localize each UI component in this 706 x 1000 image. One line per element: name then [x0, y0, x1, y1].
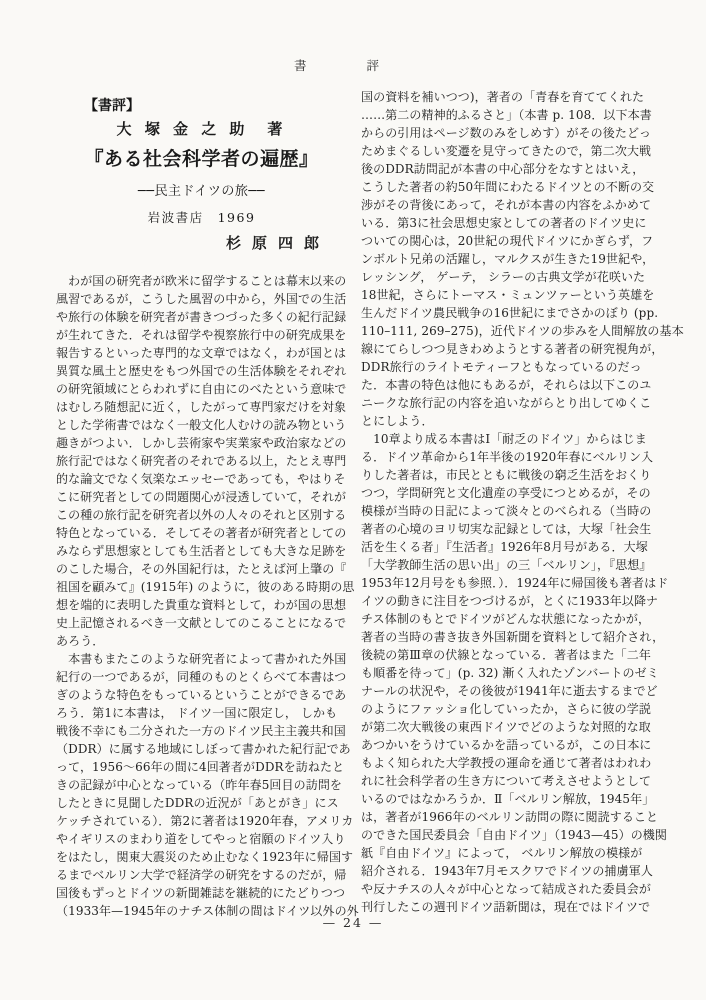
text-line: 10章より成る本書はⅠ「耐乏のドイツ」からはじま	[361, 430, 653, 448]
text-line: ニークな旅行記の内容を追いながらとり出してゆくこ	[361, 394, 653, 412]
text-line: をはたし，関東大震災のため止むなく1923年に帰国す	[56, 848, 348, 866]
reviewer-name: 杉原四郎	[226, 232, 330, 253]
text-line: したときに見聞したDDRの近況が「あとがき」にス	[56, 794, 348, 812]
text-line: ろう．第1に本書は， ドイツ一国に限定し， しかも	[56, 704, 348, 722]
text-line: 旅行記ではなく研究者のそれである以上，たとえ専門	[56, 452, 348, 470]
publisher-line: 岩波書店 1969	[57, 208, 346, 226]
text-line: 国後もずっとドイツの新聞雑誌を継続的にたどりつつ	[56, 884, 348, 902]
text-line: あつかいをうけているかを語っているが，この日本に	[361, 736, 653, 754]
text-line: 史上記憶されるべき一文献としてのこることになるで	[56, 614, 348, 632]
text-line: DDR旅行のライトモティーフともなっているのだっ	[361, 358, 653, 376]
text-line: いるのではなかろうか．Ⅱ「ベルリン解放，1945年」	[361, 790, 653, 808]
text-line: こうした著者の約50年間にわたるドイツとの不断の交	[361, 178, 653, 196]
text-line: や反ナチスの人々が中心となって結成された委員会が	[361, 880, 653, 898]
text-line: 祖国を顧みて』(1915年) のように，彼のある時期の思	[56, 578, 348, 596]
text-line: のできた国民委員会「自由ドイツ」（1943—45）の機関	[361, 826, 653, 844]
text-line: の研究領域にとらわれずに自由にのべたという意味で	[56, 380, 348, 398]
left-column-text: わが国の研究者が欧米に留学することは幕末以来の風習であるが，こうした風習の中から…	[56, 272, 348, 920]
text-line: 刊行したこの週刊ドイツ語新聞は，現在ではドイツで	[361, 898, 653, 916]
text-line: とした学術書ではなく一般文化人むけの読み物という	[56, 416, 348, 434]
text-line: 著者の当時の書き抜き外国新聞を資料として紹介され，	[361, 628, 653, 646]
text-line: 趣きがつよい．しかし芸術家や実業家や政治家などの	[56, 434, 348, 452]
text-line: わが国の研究者が欧米に留学することは幕末以来の	[56, 272, 348, 290]
text-line: とにしよう．	[361, 412, 653, 430]
text-line: 後続の第Ⅲ章の伏線となっている．著者はまた「二年	[361, 646, 653, 664]
right-column-text: 国の資料を補いつつ)，著者の「青春を育ててくれた……第二の精神的ふるさと」（本書…	[361, 88, 653, 916]
text-line: イツの動きに注目をつづけるが，とくに1933年以降ナ	[361, 592, 653, 610]
text-line: もよく知られた大学教授の運命を通じて著者はわれわ	[361, 754, 653, 772]
text-line: が生れてきた．それは留学や視察旅行中の研究成果を	[56, 326, 348, 344]
text-line: ……第二の精神的ふるさと」（本書 p. 108．以下本書	[361, 106, 653, 124]
text-line: 国の資料を補いつつ)，著者の「青春を育ててくれた	[361, 88, 653, 106]
text-line: チス体制のもとでドイツがどんな状態になったかが，	[361, 610, 653, 628]
text-line: 特色となっている．そしてその著者が研究者としての	[56, 524, 348, 542]
text-line: あろう．	[56, 632, 348, 650]
text-line: 模様が当時の日記によって淡々とのべられる（当時の	[361, 502, 653, 520]
text-line: れに社会科学者の生き方について考えさせようとして	[361, 772, 653, 790]
text-line: る．ドイツ革命から1年半後の1920年春にベルリン入	[361, 448, 653, 466]
text-line: 生んだドイツ農民戦争の16世紀にまでさかのぼり (pp.	[361, 304, 653, 322]
text-line: 後のDDR訪問記が本書の中心部分をなすとはいえ，	[361, 160, 653, 178]
review-section-label: 【書評】	[84, 95, 140, 115]
text-line: って，1956〜66年の間に4回著者がDDRを訪ねたと	[56, 758, 348, 776]
text-line: やイギリスのまわり道をしてやっと宿願のドイツ入り	[56, 830, 348, 848]
running-head: 書評	[294, 56, 379, 74]
text-line: りした著者は，市民とともに戦後の窮乏生活をおくり	[361, 466, 653, 484]
text-line: のようにファッショ化していったか，さらに彼の学説	[361, 700, 653, 718]
running-head-right: 評	[367, 58, 380, 73]
text-line: 紹介される．1943年7月モスクワでドイツの捕虜軍人	[361, 862, 653, 880]
text-line: レッシング， ゲーテ， シラーの古典文学が花咲いた	[361, 268, 653, 286]
text-line: ナールの状況や，その後彼が1941年に逝去するまでど	[361, 682, 653, 700]
text-line: ケッチされている）．第2に著者は1920年春，アメリカ	[56, 812, 348, 830]
text-line: ンボルト兄弟の活躍し，マルクスが生きた19世紀や，	[361, 250, 653, 268]
text-line: こに研究者としての問題関心が浸透していて，それが	[56, 488, 348, 506]
text-line: 18世紀，さらにトーマス・ミュンツァーという英雄を	[361, 286, 653, 304]
page-number: — 24 —	[0, 915, 706, 930]
text-line: 活を生くる者」『生活者』1926年8月号がある．大塚	[361, 538, 653, 556]
book-subtitle: ──民主ドイツの旅──	[57, 180, 346, 199]
text-line: いる．第3に社会思想史家としての著者のドイツ史に	[361, 214, 653, 232]
text-line: が第二次大戦後の東西ドイツでどのような対照的な取	[361, 718, 653, 736]
book-author-line: 大 塚 金 之 助 著	[57, 118, 346, 139]
text-line: 「大学教師生活の思い出」の三「ベルリン」，『思想』	[361, 556, 653, 574]
text-line: 戦後不幸にも二分された一方のドイツ民主主義共和国	[56, 722, 348, 740]
text-line: きの記録が中心となっている（昨年春5回目の訪問を	[56, 776, 348, 794]
text-line: 異質な風土と歴史をもつ外国での生活体験をそれぞれ	[56, 362, 348, 380]
text-line: 紙『自由ドイツ』によって， ベルリン解放の模様が	[361, 844, 653, 862]
text-line: からの引用はページ数のみをしめす）がその後たどっ	[361, 124, 653, 142]
text-line: のこした場合，その外国紀行は，たとえば河上肇の『	[56, 560, 348, 578]
text-line: 線にてらしつつ見きわめようとする著者の研究視角が，	[361, 340, 653, 358]
text-line: 紀行の一つであるが，同種のものとくらべて本書はつ	[56, 668, 348, 686]
text-line: や旅行の体験を研究者が書きつづった多くの紀行記録	[56, 308, 348, 326]
text-line: た．本書の特色は他にもあるが，それらは以下このユ	[361, 376, 653, 394]
text-line: も順番を待って」(p. 32) 漸く入れたゾンバートのゼミ	[361, 664, 653, 682]
text-line: るまでベルリン大学で経済学の研究をするのだが，帰	[56, 866, 348, 884]
book-title: 『ある社会科学者の遍歴』	[57, 144, 346, 171]
text-line: は，著者が1966年のベルリン訪問の際に閲読すること	[361, 808, 653, 826]
text-line: この種の旅行記を研究者以外の人々のそれと区別する	[56, 506, 348, 524]
text-line: ためまぐるしい変遷を見守ってきたので，第二次大戦	[361, 142, 653, 160]
text-line: ついての関心は，20世紀の現代ドイツにかぎらず，フ	[361, 232, 653, 250]
text-line: 本書もまたこのような研究者によって書かれた外国	[56, 650, 348, 668]
text-line: つつ，学問研究と文化遺産の享受につとめるが，その	[361, 484, 653, 502]
document-page: 書評 【書評】 大 塚 金 之 助 著 『ある社会科学者の遍歴』 ──民主ドイツ…	[0, 0, 706, 1000]
text-line: （DDR）に属する地域にしぼって書かれた紀行記であ	[56, 740, 348, 758]
text-line: 110–111, 269–275)，近代ドイツの歩みを人間解放の基本	[361, 322, 653, 340]
text-line: はむしろ随想記に近く，したがって専門家だけを対象	[56, 398, 348, 416]
text-line: みならず思想家としても生活者としても大きな足跡を	[56, 542, 348, 560]
running-head-left: 書	[294, 58, 307, 73]
text-line: 報告するといった専門的な文章ではなく，わが国とは	[56, 344, 348, 362]
text-line: 的な論文でなく気楽なエッセーであっても，やはりそ	[56, 470, 348, 488]
text-line: 渉がその背後にあって，それが本書の内容をふかめて	[361, 196, 653, 214]
text-line: ぎのような特色をもっているということができるであ	[56, 686, 348, 704]
text-line: 著者の心境のヨリ切実な記録としては，大塚「社会生	[361, 520, 653, 538]
text-line: 1953年12月号をも参照．）．1924年に帰国後も著者はド	[361, 574, 653, 592]
text-line: 想を端的に表明した貴重な資料として，わが国の思想	[56, 596, 348, 614]
text-line: 風習であるが，こうした風習の中から，外国での生活	[56, 290, 348, 308]
